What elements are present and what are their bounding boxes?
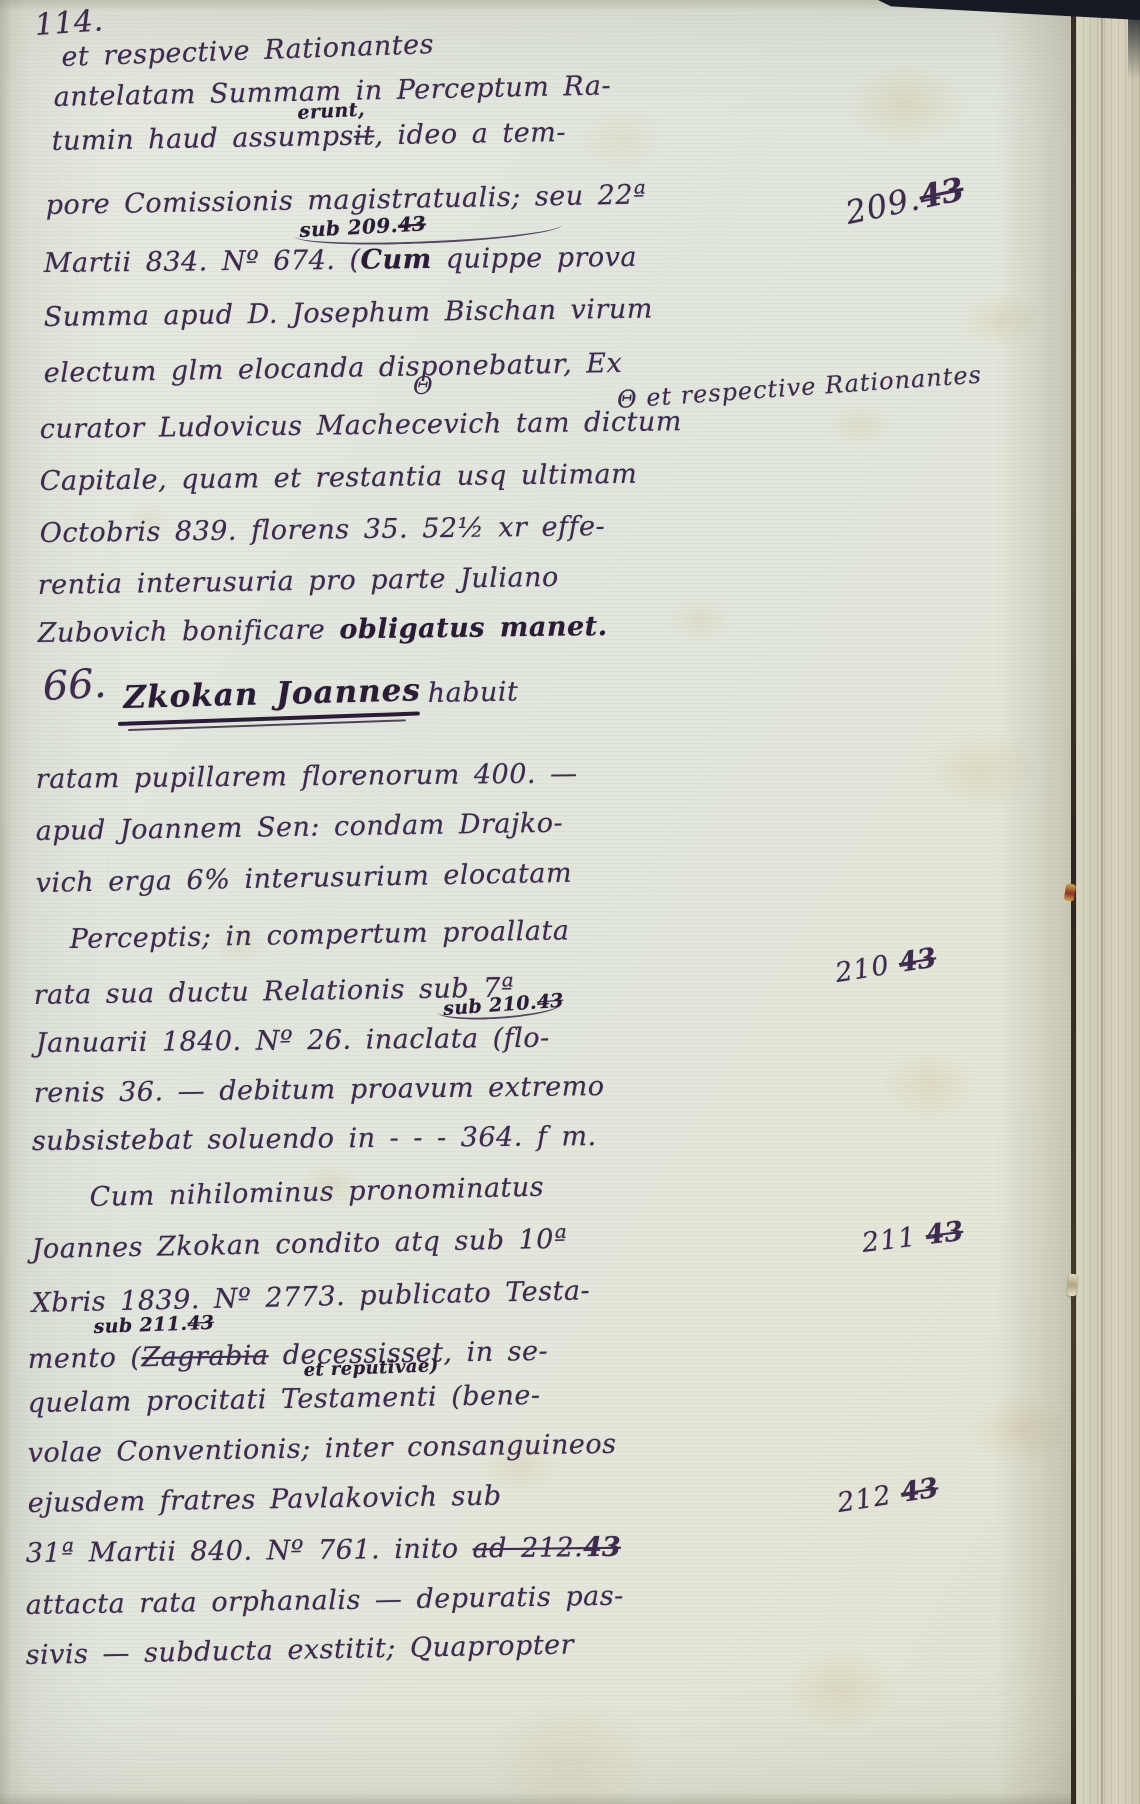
manuscript-line: apud Joannem Sen: condam Drajko- [36, 808, 564, 847]
margin-code: 43 [899, 1472, 941, 1508]
binding-stitch [1067, 1274, 1078, 1297]
manuscript-line: quelam procitati Testamenti (bene- [28, 1380, 541, 1419]
reference-code: 43 [187, 1312, 214, 1335]
bottom-edge-shadow [0, 1792, 1140, 1804]
line-segment: mento ( [28, 1342, 142, 1375]
margin-number: 209. [842, 179, 924, 232]
reference-label: sub 211. [93, 1313, 188, 1338]
margin-note-211: 211 43 [860, 1216, 965, 1259]
manuscript-line: Martii 834. Nº 674. (Cum quippe prova [44, 242, 638, 279]
manuscript-line: electum glm elocanda disponebatur, Ex [43, 348, 622, 389]
strikethrough-text: Zagrabia [141, 1340, 269, 1373]
manuscript-line: Cum nihilominus pronominatus [89, 1172, 544, 1213]
line-segment: tumin haud assumps [51, 121, 354, 157]
manuscript-page: 114. et respective Rationantes antelatam… [0, 0, 1140, 1804]
manuscript-line: Summa apud D. Josephum Bischan virum [44, 293, 653, 333]
page-stack-edge-line [1101, 0, 1103, 1804]
margin-note-212: 212 43 [835, 1472, 940, 1519]
manuscript-line: Perceptis; in compertum proallata [69, 915, 569, 955]
margin-note-209: 209.43 [842, 170, 967, 232]
margin-number: 211 [860, 1222, 918, 1259]
line-segment: , ideo a tem- [374, 117, 566, 151]
entry-number: 66. [42, 661, 108, 710]
interlinear-insertion: et reputivae) [303, 1355, 439, 1381]
reference-code: 43 [583, 1532, 621, 1563]
book-cover-edge [1128, 0, 1140, 80]
manuscript-line: rentia interusuria pro parte Juliano [38, 562, 559, 601]
manuscript-line: Januarii 1840. Nº 26. inaclata (flo- [36, 1023, 550, 1059]
line-segment: 31ª Martii 840. Nº 761. inito [26, 1533, 473, 1569]
manuscript-line: Joannes Zkokan condito atq sub 10ª [31, 1224, 567, 1265]
manuscript-line: ratam pupillarem florenorum 400. — [36, 758, 578, 795]
manuscript-line: sivis — subducta exstitit; Quapropter [25, 1629, 574, 1671]
margin-code: 43 [916, 170, 967, 216]
manuscript-line: curator Ludovicus Machecevich tam dictum [40, 406, 682, 445]
manuscript-line: Capitale, quam et restantia usq ultimam [40, 459, 638, 497]
left-page-edge [0, 0, 28, 1804]
manuscript-line: et respective Rationantes [61, 29, 435, 73]
manuscript-line: ejusdem fratres Pavlakovich sub [28, 1481, 502, 1519]
strikethrough-text: ad 212. [472, 1532, 583, 1564]
entry-heading: Zkokan Joannes [123, 672, 421, 716]
manuscript-line: Octobris 839. florens 35. 52½ xr effe- [40, 511, 606, 549]
margin-note-210: 210 43 [833, 942, 938, 989]
manuscript-line: Zubovich bonificare obligatus manet. [38, 611, 608, 649]
inline-reference-211: sub 211.43 [93, 1312, 214, 1338]
manuscript-line: Xbris 1839. Nº 2773. publicato Testa- [31, 1275, 590, 1319]
page-stack-edge [1076, 0, 1140, 1804]
line-segment: quippe prova [432, 242, 638, 275]
manuscript-line: vich erga 6% interusurium elocatam [35, 858, 572, 899]
strikethrough-text: it [354, 120, 375, 151]
overwritten-text: Cum [360, 244, 432, 276]
manuscript-line: tumin haud assumpsit, ideo a tem- [51, 117, 566, 157]
margin-number: 212 [835, 1480, 894, 1519]
margin-number: 210 [833, 950, 892, 989]
manuscript-line: volae Conventionis; inter consanguineos [28, 1429, 617, 1469]
entry-heading-tail: habuit [427, 676, 518, 709]
manuscript-line: renis 36. — debitum proavum extremo [34, 1071, 605, 1109]
manuscript-line: 31ª Martii 840. Nº 761. inito ad 212.43 [26, 1532, 621, 1569]
manuscript-line: mento (Zagrabia decessisset, in se- [28, 1336, 549, 1375]
margin-code: 43 [897, 942, 939, 978]
manuscript-line: attacta rata orphanalis — depuratis pas- [26, 1581, 624, 1621]
line-segment: Martii 834. Nº 674. ( [44, 245, 361, 279]
margin-code: 43 [924, 1216, 965, 1251]
line-segment: Zubovich bonificare [38, 614, 340, 649]
insertion-mark-theta: Θ [413, 372, 433, 400]
margin-note-theta: Θ et respective Rationantes [616, 361, 983, 414]
gutter-shadow [995, 0, 1072, 1804]
manuscript-line: subsistebat soluendo in - - - 364. f m. [32, 1121, 597, 1157]
overwritten-text: obligatus manet. [339, 611, 608, 645]
